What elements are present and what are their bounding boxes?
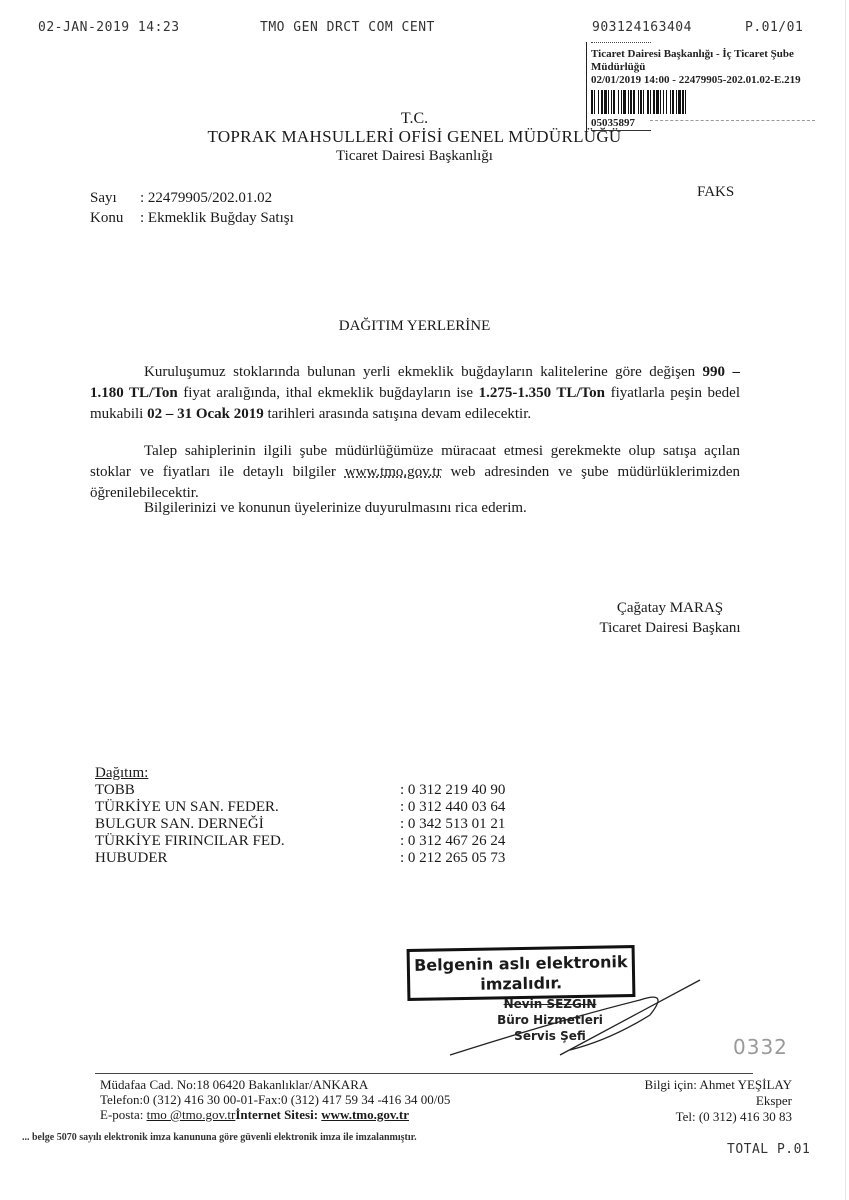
site-link[interactable]: www.tmo.gov.tr bbox=[321, 1107, 409, 1122]
stamp-line2: Müdürlüğü bbox=[591, 61, 816, 74]
distribution-name: TÜRKİYE FIRINCILAR FED. bbox=[95, 833, 400, 850]
sayi-value: : 22479905/202.01.02 bbox=[140, 190, 272, 206]
esig-signer-name: Nevin SEZGİN bbox=[470, 996, 630, 1012]
fax-datetime: 02-JAN-2019 14:23 bbox=[38, 20, 180, 35]
distribution-title: Dağıtım: bbox=[95, 765, 505, 782]
fax-sender: TMO GEN DRCT COM CENT bbox=[260, 20, 435, 35]
distribution-tel: : 0 312 219 40 90 bbox=[400, 782, 505, 799]
distribution-list: Dağıtım: TOBB: 0 312 219 40 90TÜRKİYE UN… bbox=[95, 765, 505, 867]
footer-contact: Müdafaa Cad. No:18 06420 Bakanlıklar/ANK… bbox=[100, 1077, 450, 1122]
distribution-tel: : 0 342 513 01 21 bbox=[400, 816, 505, 833]
distribution-name: TOBB bbox=[95, 782, 400, 799]
distribution-name: HUBUDER bbox=[95, 850, 400, 867]
site-label: İnternet Sitesi: bbox=[235, 1107, 321, 1122]
esig-line2: imzalıdır. bbox=[410, 972, 632, 996]
sale-date-range: 02 – 31 Ocak 2019 bbox=[147, 406, 264, 422]
fax-total: TOTAL P.01 bbox=[727, 1142, 810, 1157]
letterhead-tc: T.C. bbox=[90, 110, 739, 128]
signer-title: Ticaret Dairesi Başkanı bbox=[520, 618, 820, 638]
esig-line1: Belgenin aslı elektronik bbox=[410, 952, 632, 976]
email-label: E-posta: bbox=[100, 1107, 147, 1122]
konu-value: : Ekmeklik Buğday Satışı bbox=[140, 210, 294, 226]
esig-signer-role2: Servis Şefi bbox=[470, 1028, 630, 1044]
distribution-name: TÜRKİYE UN SAN. FEDER. bbox=[95, 799, 400, 816]
konu-label: Konu bbox=[90, 208, 140, 228]
esign-note: ... belge 5070 sayılı elektronik imza ka… bbox=[22, 1132, 417, 1143]
distribution-row: TOBB: 0 312 219 40 90 bbox=[95, 782, 505, 799]
letterhead-org: TOPRAK MAHSULLERİ OFİSİ GENEL MÜDÜRLÜĞÜ bbox=[90, 127, 739, 147]
page-edge bbox=[845, 0, 846, 1200]
p3-text: Bilgilerinizi ve konunun üyelerinize duy… bbox=[144, 500, 527, 516]
p1-text: Kuruluşumuz stoklarında bulunan yerli ek… bbox=[144, 364, 703, 380]
info-contact: Bilgi için: Ahmet YEŞİLAY bbox=[560, 1077, 792, 1093]
body-paragraph-3: Bilgilerinizi ve konunun üyelerinize duy… bbox=[90, 498, 740, 519]
distribution-row: TÜRKİYE UN SAN. FEDER.: 0 312 440 03 64 bbox=[95, 799, 505, 816]
info-role: Eksper bbox=[560, 1093, 792, 1109]
distribution-tel: : 0 312 467 26 24 bbox=[400, 833, 505, 850]
p1-text: fiyat aralığında, ithal ekmeklik buğdayl… bbox=[178, 385, 479, 401]
distribution-row: HUBUDER: 0 212 265 05 73 bbox=[95, 850, 505, 867]
esig-signer: Nevin SEZGİN Büro Hizmetleri Servis Şefi bbox=[470, 996, 630, 1044]
email-link[interactable]: tmo @tmo.gov.tr bbox=[147, 1107, 236, 1122]
body-paragraph-1: Kuruluşumuz stoklarında bulunan yerli ek… bbox=[90, 362, 740, 425]
letter-meta: Sayı: 22479905/202.01.02 Konu: Ekmeklik … bbox=[90, 188, 294, 228]
footer-address: Müdafaa Cad. No:18 06420 Bakanlıklar/ANK… bbox=[100, 1077, 450, 1092]
p1-text: tarihleri arasında satışına devam edilec… bbox=[264, 406, 531, 422]
letterhead-dept: Ticaret Dairesi Başkanlığı bbox=[90, 148, 739, 165]
stamp-line1: Ticaret Dairesi Başkanlığı - İç Ticaret … bbox=[591, 48, 816, 61]
signer-block: Çağatay MARAŞ Ticaret Dairesi Başkanı bbox=[520, 598, 820, 638]
fax-page: P.01/01 bbox=[745, 20, 803, 35]
recipient-heading: DAĞITIM YERLERİNE bbox=[90, 318, 739, 335]
fax-number: 903124163404 bbox=[592, 20, 692, 35]
distribution-tel: : 0 312 440 03 64 bbox=[400, 799, 505, 816]
signer-name: Çağatay MARAŞ bbox=[520, 598, 820, 618]
footer-divider bbox=[95, 1073, 753, 1074]
footer-info: Bilgi için: Ahmet YEŞİLAY Eksper Tel: (0… bbox=[560, 1077, 792, 1125]
stamp-line3: 02/01/2019 14:00 - 22479905-202.01.02-E.… bbox=[591, 74, 816, 87]
stamp-dots bbox=[591, 42, 651, 47]
body-paragraph-2: Talep sahiplerinin ilgili şube müdürlüğü… bbox=[90, 441, 740, 504]
footer-phone: Telefon:0 (312) 416 30 00-01-Fax:0 (312)… bbox=[100, 1092, 450, 1107]
esignature-box: Belgenin aslı elektronik imzalıdır. bbox=[407, 945, 636, 1001]
import-price-range: 1.275-1.350 TL/Ton bbox=[479, 385, 605, 401]
sayi-label: Sayı bbox=[90, 188, 140, 208]
info-tel: Tel: (0 312) 416 30 83 bbox=[560, 1109, 792, 1125]
esig-signer-role1: Büro Hizmetleri bbox=[470, 1012, 630, 1028]
distribution-name: BULGUR SAN. DERNEĞİ bbox=[95, 816, 400, 833]
website-link[interactable]: www.tmo.gov.tr bbox=[345, 464, 442, 480]
distribution-row: BULGUR SAN. DERNEĞİ: 0 342 513 01 21 bbox=[95, 816, 505, 833]
handwritten-number: 0332 bbox=[733, 1035, 788, 1059]
distribution-tel: : 0 212 265 05 73 bbox=[400, 850, 505, 867]
faks-label: FAKS bbox=[697, 184, 734, 201]
distribution-row: TÜRKİYE FIRINCILAR FED.: 0 312 467 26 24 bbox=[95, 833, 505, 850]
